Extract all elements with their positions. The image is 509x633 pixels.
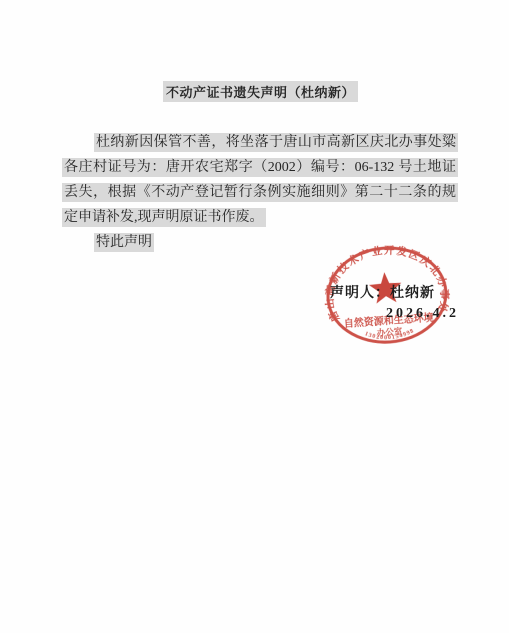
closing-statement: 特此声明 [94, 233, 154, 252]
declaration-date: 2026.4.2 [386, 306, 459, 322]
body-line: 定申请补发,现声明原证书作废。 [62, 208, 266, 227]
document-page: 不动产证书遗失声明（杜纳新） 杜纳新因保管不善，将坐落于唐山市高新区庆北办事处粱… [0, 0, 509, 633]
document-title: 不动产证书遗失声明（杜纳新） [163, 81, 358, 102]
body-line: 各庄村证号为：唐开农宅郑字（2002）编号：06-132 号土地证 [62, 158, 458, 177]
declarant-signature: 声明人：杜纳新 [330, 282, 435, 302]
body-line: 杜纳新因保管不善，将坐落于唐山市高新区庆北办事处粱 [94, 133, 458, 152]
body-line: 丢失，根据《不动产登记暂行条例实施细则》第二十二条的规 [62, 183, 458, 202]
